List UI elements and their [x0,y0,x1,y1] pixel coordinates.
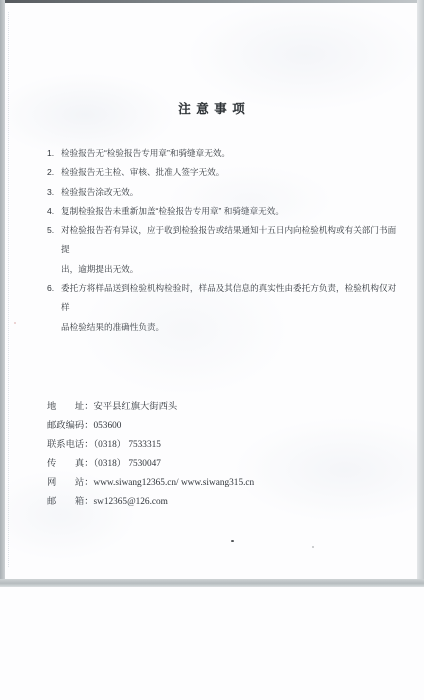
contact-value: 安平县红旗大街西头 [94,402,178,412]
contact-value: （0318） 7530047 [94,459,161,469]
note-text: 检验报告无主检、审核、批准人签字无效。 [61,163,404,182]
contact-value: sw12365@126.com [94,497,168,507]
scanned-report-back-page: 注 意 事 项 1. 检验报告无“检验报告专用章”和骑缝章无效。 2. 检验报告… [0,0,424,700]
note-number: 4. [47,202,61,221]
note-item-5: 5. 对检验报告若有异议，应于收到检验报告或结果通知十五日内向检验机构或有关部门… [47,221,404,279]
scan-speck [312,546,314,548]
contact-label: 地 址： [47,401,94,411]
scan-edge-left [0,0,5,586]
notes-list: 1. 检验报告无“检验报告专用章”和骑缝章无效。 2. 检验报告无主检、审核、批… [47,144,404,337]
note-item-2: 2. 检验报告无主检、审核、批准人签字无效。 [47,163,404,182]
contact-row-website: 网 站：www.siwang12365.cn/ www.siwang315.cn [47,473,404,492]
note-text: 检验报告涂改无效。 [61,183,404,202]
note-text: 对检验报告若有异议，应于收到检验报告或结果通知十五日内向检验机构或有关部门书面提… [61,221,404,279]
note-number: 3. [47,183,61,202]
scan-edge-right [417,0,424,586]
note-number: 2. [47,163,61,182]
contact-label: 邮政编码： [47,420,94,430]
contact-label: 联系电话： [47,439,94,449]
contact-label: 传 真： [47,458,94,468]
note-number: 1. [47,144,61,163]
contact-label: 网 站： [47,477,94,487]
page-title: 注 意 事 项 [47,102,377,117]
note-number: 6. [47,279,61,337]
scan-speck [14,322,16,324]
note-item-1: 1. 检验报告无“检验报告专用章”和骑缝章无效。 [47,144,404,163]
note-text: 委托方将样品送到检验机构检验时，样品及其信息的真实性由委托方负责，检验机构仅对样… [61,279,404,337]
contact-row-email: 邮 箱：sw12365@126.com [47,492,404,511]
document-page: 注 意 事 项 1. 检验报告无“检验报告专用章”和骑缝章无效。 2. 检验报告… [0,0,424,583]
contact-value: 053600 [94,421,122,431]
perforation-dots [8,12,9,567]
contact-label: 邮 箱： [47,496,94,506]
note-item-6: 6. 委托方将样品送到检验机构检验时，样品及其信息的真实性由委托方负责，检验机构… [47,279,404,337]
scan-edge-bottom [0,579,424,587]
note-item-4: 4. 复制检验报告未重新加盖“检验报告专用章” 和骑缝章无效。 [47,202,404,221]
contact-row-fax: 传 真：（0318） 7530047 [47,454,404,473]
contact-value: （0318） 7533315 [94,440,161,450]
note-text: 检验报告无“检验报告专用章”和骑缝章无效。 [61,144,404,163]
contact-row-postcode: 邮政编码：053600 [47,416,404,435]
contact-block: 地 址：安平县红旗大街西头 邮政编码：053600 联系电话：（0318） 75… [47,397,404,511]
note-number: 5. [47,221,61,279]
note-item-3: 3. 检验报告涂改无效。 [47,183,404,202]
contact-value: www.siwang12365.cn/ www.siwang315.cn [94,478,255,488]
note-text: 复制检验报告未重新加盖“检验报告专用章” 和骑缝章无效。 [61,202,404,221]
contact-row-phone: 联系电话：（0318） 7533315 [47,435,404,454]
scan-speck [231,540,234,542]
contact-row-address: 地 址：安平县红旗大街西头 [47,397,404,416]
scan-edge-top [0,0,424,3]
